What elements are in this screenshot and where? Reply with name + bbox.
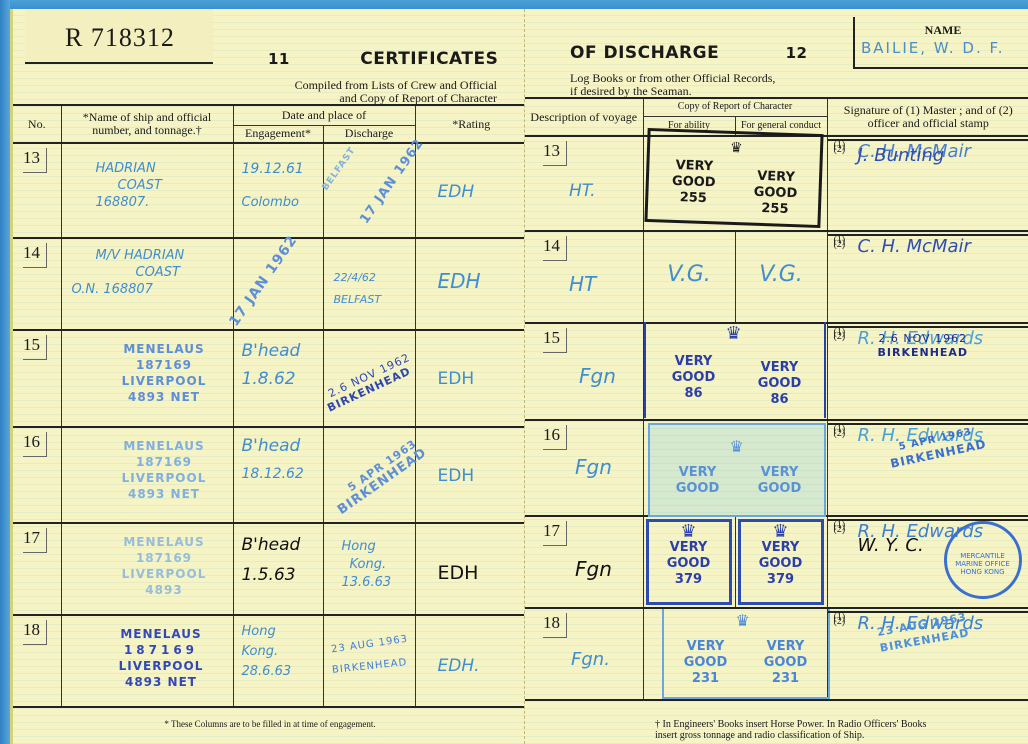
table-row: 16 Fgn VERYGOOD VERYGOOD ♛ (1) [525, 420, 1028, 516]
voyage: 14 HT [525, 231, 643, 323]
name-box: NAME BAILIE, W. D. F. [853, 17, 1028, 69]
crown-icon: ♛ [736, 613, 750, 629]
col-date-place: Date and place of [233, 105, 415, 125]
rating: EDH [415, 238, 527, 330]
table-row: 14 M/V HADRIAN COAST O.N. 168807 17 JAN … [13, 238, 527, 330]
table-row: 17 MENELAUS 187169 LIVERPOOL 4893 B'head… [13, 523, 527, 615]
page-number-right: 12 [786, 44, 808, 62]
entry-number: 15 [13, 330, 61, 427]
name-label: NAME [855, 23, 1028, 38]
crown-icon: ♛ [729, 140, 742, 156]
signatures: (1)R. H. Edwards (2) 5 APR 1963 BIRKENHE… [827, 420, 1028, 516]
conduct: V.G. [735, 231, 827, 323]
left-footnote: * These Columns are to be filled in at t… [13, 719, 527, 729]
col-signature: Signature of (1) Master ; and of (2) off… [827, 98, 1028, 136]
ship-name: M/V HADRIAN COAST O.N. 168807 [61, 238, 233, 330]
character-stamp: VERYGOOD86 VERYGOOD86 ♛ [643, 323, 827, 420]
crown-icon: ♛ [741, 522, 821, 540]
right-footnote: † In Engineers' Books insert Horse Power… [655, 719, 945, 741]
engagement-date: B'head 1.8.62 [233, 330, 323, 427]
entry-number: 13 [13, 143, 61, 238]
signatures: (1)R. H. Edwards (2) 23 AUG 1963 BIRKENH… [827, 608, 1028, 700]
entry-number: 16 [13, 427, 61, 523]
character-stamp: VERYGOOD255 VERYGOOD255 ♛ [643, 136, 827, 231]
title-certificates: CERTIFICATES [360, 49, 498, 69]
discharge-stamp: 5 APR 1963 BIRKENHEAD [323, 427, 415, 523]
table-row: 15 MENELAUS 187169 LIVERPOOL 4893 NET B'… [13, 330, 527, 427]
ship-stamp: MENELAUS 187169 LIVERPOOL 4893 NET [61, 615, 233, 707]
voyage: 17 Fgn [525, 516, 643, 608]
col-discharge: Discharge [323, 125, 415, 143]
ship-stamp: MENELAUS 187169 LIVERPOOL 4893 NET [61, 330, 233, 427]
table-row: 15 Fgn VERYGOOD86 VERYGOOD86 ♛ [525, 323, 1028, 420]
rating: EDH [415, 143, 527, 238]
table-row: 16 MENELAUS 187169 LIVERPOOL 4893 NET B'… [13, 427, 527, 523]
page-number-left: 11 [268, 50, 290, 68]
seaman-name: BAILIE, W. D. F. [861, 39, 1005, 57]
certificates-table: No. *Name of ship and official number, a… [13, 104, 527, 708]
crown-icon: ♛ [649, 522, 729, 540]
right-page-title: OF DISCHARGE 12 [570, 43, 807, 63]
crown-icon: ♛ [730, 439, 744, 455]
discharge-date: 22/4/62 BELFAST [323, 238, 415, 330]
entry-number: 18 [13, 615, 61, 707]
signatures: (1)R. H. Edwards (2)W. Y. C. MERCANTILE … [827, 516, 1028, 608]
col-no: No. [13, 105, 61, 143]
rating: EDH [415, 427, 527, 523]
rating: EDH. [415, 615, 527, 707]
voyage: 16 Fgn [525, 420, 643, 516]
discharge-stamp: 23 AUG 1963 BIRKENHEAD [323, 615, 415, 707]
table-row: 13 HADRIAN COAST 168807. 19.12.61 Colomb… [13, 143, 527, 238]
voyage: 18 Fgn. [525, 608, 643, 700]
left-subtitle: Compiled from Lists of Crew and Official… [231, 79, 497, 105]
ability-stamp: ♛ VERYGOOD379 [643, 516, 735, 608]
signatures: (1)C. H. McMair (2)J. Bunting [827, 136, 1028, 231]
table-row: 18 MENELAUS 187169 LIVERPOOL 4893 NET Ho… [13, 615, 527, 707]
discharge-date: Hong Kong. 13.6.63 [323, 523, 415, 615]
col-voyage: Description of voyage [525, 98, 643, 136]
discharge-stamp: 17 JAN 1962 BELFAST [323, 143, 415, 238]
ship-stamp: MENELAUS 187169 LIVERPOOL 4893 [61, 523, 233, 615]
ship-stamp: MENELAUS 187169 LIVERPOOL 4893 NET [61, 427, 233, 523]
crown-icon: ♛ [726, 326, 742, 342]
conduct-stamp: ♛ VERYGOOD379 [735, 516, 827, 608]
ship-name: HADRIAN COAST 168807. [61, 143, 233, 238]
right-page: OF DISCHARGE 12 Log Books or from other … [524, 9, 1028, 744]
col-report: Copy of Report of Character [643, 98, 827, 116]
table-row: 17 Fgn ♛ VERYGOOD379 ♛ VERYGOOD379 [525, 516, 1028, 608]
col-engagement: Engagement* [233, 125, 323, 143]
character-stamp: VERYGOOD VERYGOOD ♛ [643, 420, 827, 516]
entry-number: 14 [13, 238, 61, 330]
engagement-date: 19.12.61 Colombo [233, 143, 323, 238]
table-row: 18 Fgn. VERYGOOD231 VERYGOOD231 ♛ [525, 608, 1028, 700]
serial-box: R 718312 [25, 9, 213, 64]
table-row: 13 HT. VERYGOOD255 VERYGOOD255 ♛ [525, 136, 1028, 231]
voyage: 13 HT. [525, 136, 643, 231]
engagement-date: B'head 18.12.62 [233, 427, 323, 523]
engagement-stamp: 17 JAN 1962 [233, 238, 323, 330]
signatures: (1)R. H. Edwards (2) 2.6 NOV 1962 BIRKEN… [827, 323, 1028, 420]
official-round-stamp: MERCANTILE MARINE OFFICE HONG KONG [944, 521, 1022, 599]
col-ship: *Name of ship and official number, and t… [61, 105, 233, 143]
rating: EDH [415, 523, 527, 615]
ability: V.G. [643, 231, 735, 323]
left-page: R 718312 11 CERTIFICATES Compiled from L… [10, 9, 524, 744]
signatures: (1)C. H. McMair (2) [827, 231, 1028, 323]
right-subtitle: Log Books or from other Official Records… [570, 72, 775, 98]
character-stamp: VERYGOOD231 VERYGOOD231 ♛ [643, 608, 827, 700]
rating: EDH [415, 330, 527, 427]
voyage: 15 Fgn [525, 323, 643, 420]
discharge-stamp: 2.6 NOV 1962 BIRKENHEAD [323, 330, 415, 427]
discharge-table: Description of voyage Copy of Report of … [525, 97, 1028, 701]
serial-number: R 718312 [65, 23, 175, 53]
engagement-date: Hong Kong. 28.6.63 [233, 615, 323, 707]
engagement-date: B'head 1.5.63 [233, 523, 323, 615]
title-of-discharge: OF DISCHARGE [570, 43, 719, 63]
entry-number: 17 [13, 523, 61, 615]
book-cover-edge [0, 0, 10, 744]
col-rating: *Rating [415, 105, 527, 143]
left-page-title: 11 CERTIFICATES [268, 49, 498, 69]
table-row: 14 HT V.G. V.G. (1)C. H. McMair (2) [525, 231, 1028, 323]
discharge-book-spread: R 718312 11 CERTIFICATES Compiled from L… [0, 0, 1028, 744]
